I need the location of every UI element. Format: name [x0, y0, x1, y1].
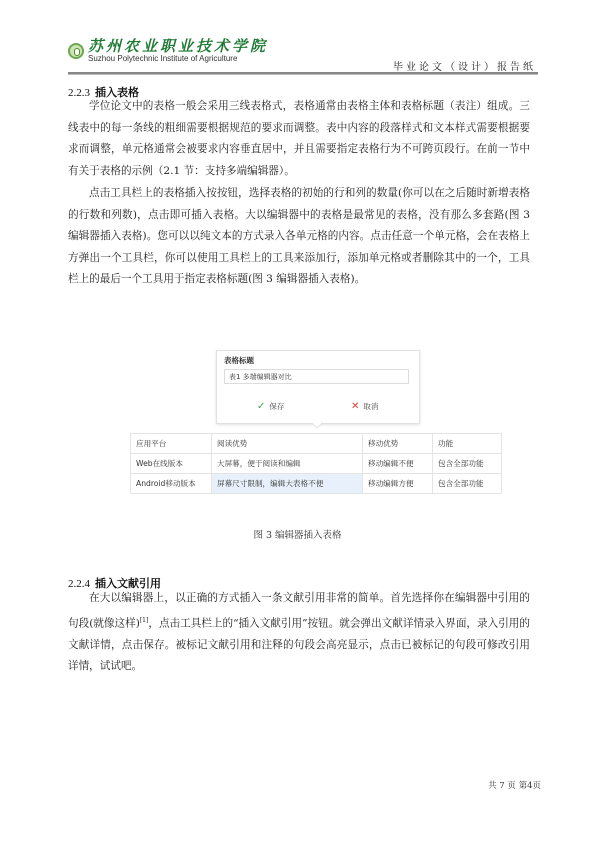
check-icon: ✓: [257, 401, 265, 412]
paragraph: 点击工具栏上的表格插入按按钮，选择表格的初始的行和列的数量(你可以在之后随时新增…: [68, 183, 530, 291]
cancel-button[interactable]: ✕ 取消: [351, 401, 378, 412]
popup-pointer: [311, 417, 322, 428]
table-cell[interactable]: 大屏幕，便于阅读和编辑: [212, 454, 363, 474]
table-cell[interactable]: 移动编辑方便: [363, 474, 433, 494]
paragraph: 在大以编辑器上，以正确的方式插入一条文献引用非常的简单。首先选择你在编辑器中引用…: [68, 588, 530, 678]
school-name-en: Suzhou Polytechnic Institute of Agricult…: [88, 54, 268, 64]
table-cell[interactable]: 包含全部功能: [433, 454, 502, 474]
page-header: 苏州农业职业技术学院 Suzhou Polytechnic Institute …: [68, 38, 538, 76]
table-row: Android移动版本 屏幕尺寸限制，编辑大表格不便 移动编辑方便 包含全部功能: [131, 474, 502, 494]
school-name-cn: 苏州农业职业技术学院: [88, 38, 268, 54]
table-cell[interactable]: Android移动版本: [131, 474, 212, 494]
table-caption-popup: 表格标题 表1 多端编辑器对比 ✓ 保存 ✕ 取消: [216, 350, 420, 424]
save-button[interactable]: ✓ 保存: [257, 401, 284, 412]
popup-title: 表格标题: [224, 355, 254, 366]
table-caption-input[interactable]: 表1 多端编辑器对比: [224, 369, 409, 384]
table-row: Web在线版本 大屏幕，便于阅读和编辑 移动编辑不便 包含全部功能: [131, 454, 502, 474]
table-cell[interactable]: 移动优势: [363, 434, 433, 454]
table-cell[interactable]: 包含全部功能: [433, 474, 502, 494]
table-cell-selected[interactable]: 屏幕尺寸限制，编辑大表格不便: [212, 474, 363, 494]
table-cell[interactable]: 阅读优势: [212, 434, 363, 454]
save-label: 保存: [269, 401, 284, 412]
paragraph: 学位论文中的表格一般会采用三线表格式，表格通常由表格主体和表格标题（表注）组成。…: [68, 96, 530, 182]
x-icon: ✕: [351, 401, 359, 412]
comparison-table: 应用平台 阅读优势 移动优势 功能 Web在线版本 大屏幕，便于阅读和编辑 移动…: [130, 433, 502, 494]
table-cell[interactable]: Web在线版本: [131, 454, 212, 474]
header-title: 毕业论文（设计）报告纸: [393, 58, 536, 73]
cancel-label: 取消: [363, 401, 378, 412]
header-divider: [68, 72, 538, 75]
figure-caption: 图 3 编辑器插入表格: [0, 527, 595, 541]
table-header-row: 应用平台 阅读优势 移动优势 功能: [131, 434, 502, 454]
table-cell[interactable]: 应用平台: [131, 434, 212, 454]
table-cell[interactable]: 移动编辑不便: [363, 454, 433, 474]
school-logo: 苏州农业职业技术学院 Suzhou Polytechnic Institute …: [68, 38, 268, 64]
table-cell[interactable]: 功能: [433, 434, 502, 454]
page-footer: 共 7 页 第4页: [488, 779, 541, 791]
school-emblem-icon: [68, 43, 84, 59]
